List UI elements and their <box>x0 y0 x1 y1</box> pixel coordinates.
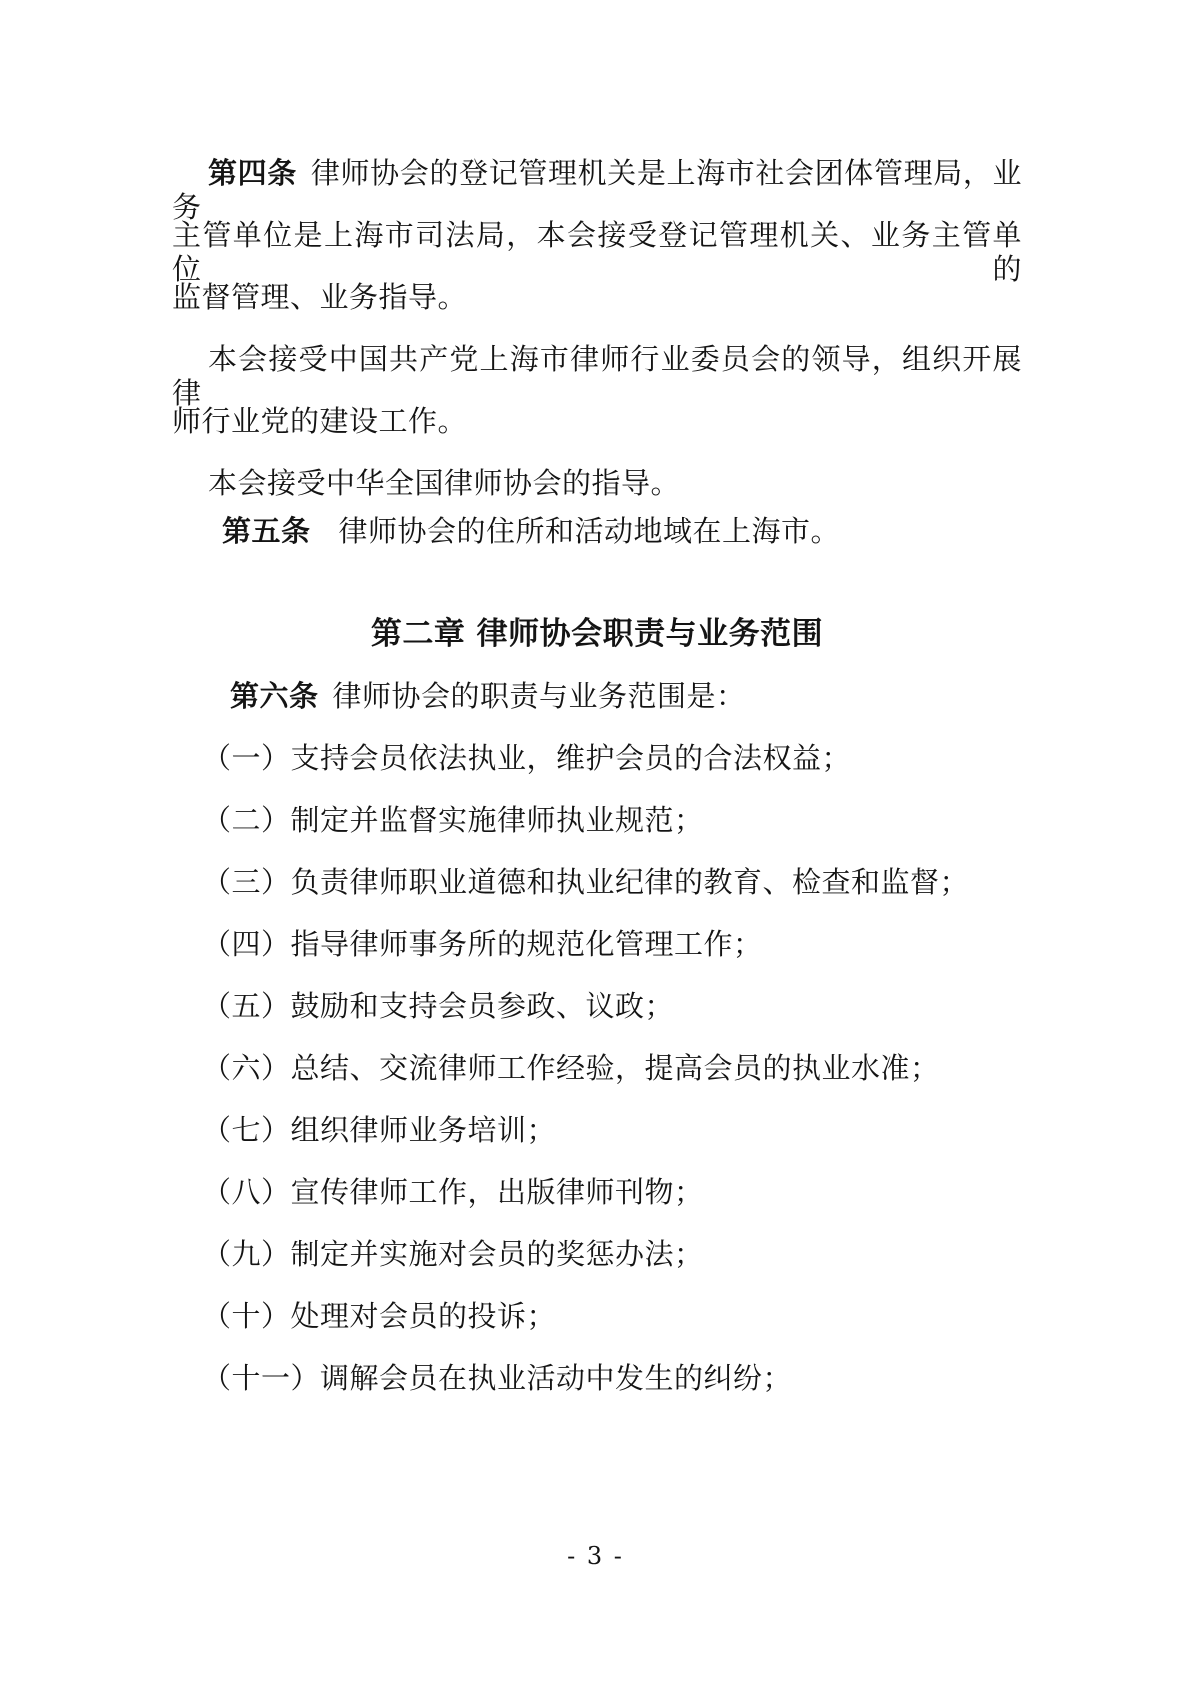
document-page: 第四条律师协会的登记管理机关是上海市社会团体管理局，业务主管单位是上海市司法局，… <box>0 0 1191 1684</box>
item-4: （四）指导律师事务所的规范化管理工作； <box>172 927 1022 961</box>
item-6: （六）总结、交流律师工作经验，提高会员的执业水准； <box>172 1051 1022 1085</box>
line-text: （六）总结、交流律师工作经验，提高会员的执业水准； <box>202 1051 940 1085</box>
line-text: 师行业党的建设工作。 <box>172 404 467 438</box>
line-text: （五）鼓励和支持会员参政、议政； <box>202 989 674 1023</box>
line-text: 本会接受中华全国律师协会的指导。 <box>208 466 680 500</box>
line-text: （一）支持会员依法执业，维护会员的合法权益； <box>202 741 851 775</box>
line-text: 监督管理、业务指导。 <box>172 280 467 314</box>
item-1: （一）支持会员依法执业，维护会员的合法权益； <box>172 741 1022 775</box>
line-text: （十一）调解会员在执业活动中发生的纠纷； <box>202 1361 792 1395</box>
item-5: （五）鼓励和支持会员参政、议政； <box>172 989 1022 1023</box>
page-number: - 3 - <box>0 1542 1191 1570</box>
article-4-para-2-line-1: 本会接受中国共产党上海市律师行业委员会的领导，组织开展律 <box>172 342 1022 376</box>
line-text: （四）指导律师事务所的规范化管理工作； <box>202 927 763 961</box>
line-text: 律师协会的登记管理机关是上海市社会团体管理局，业务 <box>172 156 1022 224</box>
line-text: （三）负责律师职业道德和执业纪律的教育、检查和监督； <box>202 865 969 899</box>
item-8: （八）宣传律师工作，出版律师刊物； <box>172 1175 1022 1209</box>
item-2: （二）制定并监督实施律师执业规范； <box>172 803 1022 837</box>
article-6-line: 第六条律师协会的职责与业务范围是： <box>172 679 1022 713</box>
chapter-2-heading: 第二章 律师协会职责与业务范围 <box>172 616 1022 652</box>
line-text: （十）处理对会员的投诉； <box>202 1299 556 1333</box>
document-body: 第四条律师协会的登记管理机关是上海市社会团体管理局，业务主管单位是上海市司法局，… <box>172 156 1022 1423</box>
line-text: （九）制定并实施对会员的奖惩办法； <box>202 1237 704 1271</box>
article-5-line: 第五条律师协会的住所和活动地域在上海市。 <box>172 514 1022 548</box>
item-11: （十一）调解会员在执业活动中发生的纠纷； <box>172 1361 1022 1395</box>
article-4-line-1: 第四条律师协会的登记管理机关是上海市社会团体管理局，业务 <box>172 156 1022 190</box>
line-text: 律师协会的住所和活动地域在上海市。 <box>339 514 841 548</box>
item-7: （七）组织律师业务培训； <box>172 1113 1022 1147</box>
article-4-para-3: 本会接受中华全国律师协会的指导。 <box>172 466 1022 500</box>
item-9: （九）制定并实施对会员的奖惩办法； <box>172 1237 1022 1271</box>
bold-label: 第六条 <box>230 679 319 713</box>
line-text: （七）组织律师业务培训； <box>202 1113 556 1147</box>
line-text: 律师协会的职责与业务范围是： <box>333 679 746 713</box>
article-4-para-2-line-2: 师行业党的建设工作。 <box>172 404 1022 438</box>
line-text: 本会接受中国共产党上海市律师行业委员会的领导，组织开展律 <box>172 342 1022 410</box>
line-text: （二）制定并监督实施律师执业规范； <box>202 803 704 837</box>
bold-label: 第四条 <box>208 156 297 190</box>
item-10: （十）处理对会员的投诉； <box>172 1299 1022 1333</box>
bold-label: 第二章 律师协会职责与业务范围 <box>371 616 823 652</box>
item-3: （三）负责律师职业道德和执业纪律的教育、检查和监督； <box>172 865 1022 899</box>
article-4-line-2: 主管单位是上海市司法局，本会接受登记管理机关、业务主管单位的 <box>172 218 1022 252</box>
bold-label: 第五条 <box>222 514 311 548</box>
line-text: 主管单位是上海市司法局，本会接受登记管理机关、业务主管单位的 <box>172 218 1022 286</box>
line-text: （八）宣传律师工作，出版律师刊物； <box>202 1175 704 1209</box>
